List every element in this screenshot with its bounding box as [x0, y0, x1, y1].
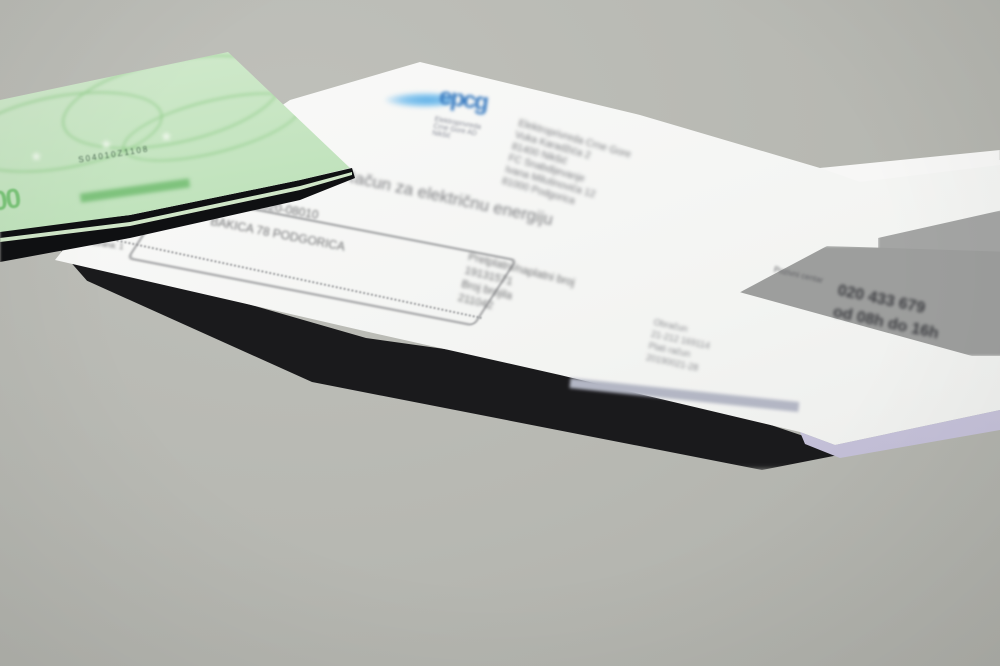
- star-icon: ★: [30, 148, 43, 165]
- star-icon: ★: [160, 128, 173, 145]
- photo-scene: epcg Elektroprivreda Crne Gore AD Nikšić…: [0, 0, 1000, 666]
- banknote-band: [80, 178, 190, 202]
